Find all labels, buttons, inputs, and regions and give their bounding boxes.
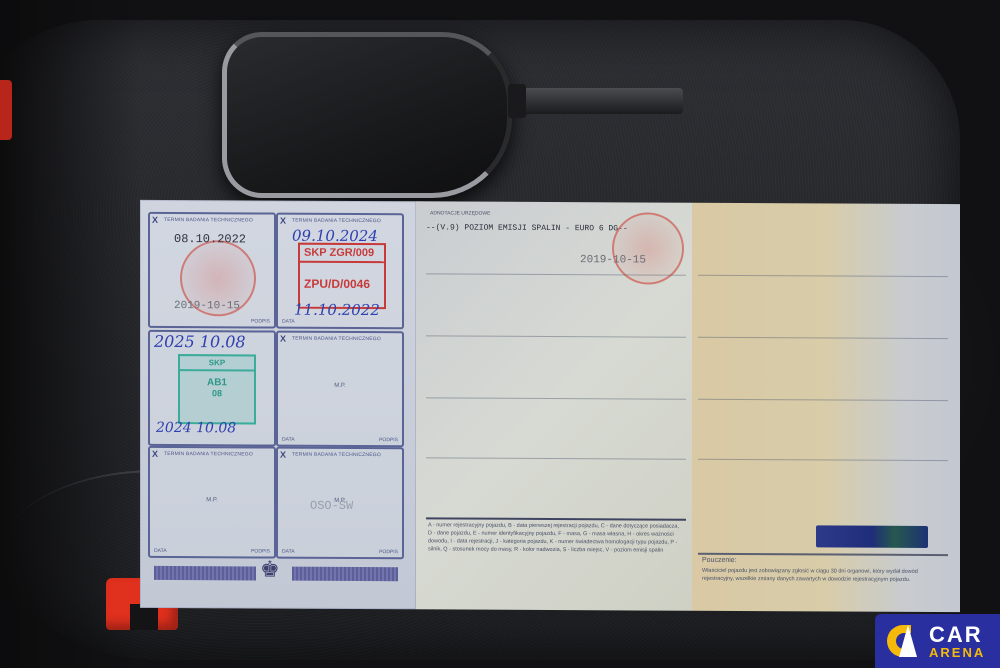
rule-line [426,517,686,520]
seal-date: 2019-10-15 [580,254,646,266]
typed-date: 08.10.2022 [174,232,246,246]
rule-line [426,397,686,399]
stamp-number: 08 [180,388,254,398]
inspection-cell-6: X TERMIN BADANIA TECHNICZNEGO M.P. OSO-S… [276,447,404,560]
signature-label: PODPIS [251,548,270,554]
inspection-cell-1: X TERMIN BADANIA TECHNICZNEGO 08.10.2022… [148,212,276,329]
rule-line [426,335,686,337]
emission-level-line: --(V.9) POZIOM EMISJI SPALIN - EURO 6 DG… [426,223,628,233]
document-page-notice: Pouczenie: Właściciel pojazdu jest zobow… [692,203,960,612]
place-label: M.P. [206,497,218,503]
notice-text: Właściciel pojazdu jest zobowiązany zgło… [702,567,942,584]
stamp-station-code: SKP [180,356,254,371]
registration-document: X TERMIN BADANIA TECHNICZNEGO 08.10.2022… [140,200,960,612]
inspection-stamp: SKP ZGR/009 ZPU/D/0046 [298,243,386,309]
cell-header: TERMIN BADANIA TECHNICZNEGO [292,452,381,458]
handwritten-inspection-date: 2024 10.08 [156,420,236,436]
inspection-cell-5: X TERMIN BADANIA TECHNICZNEGO M.P. DATA … [148,446,276,559]
rule-line [698,553,948,556]
document-page-inspections: X TERMIN BADANIA TECHNICZNEGO 08.10.2022… [140,200,416,609]
security-band-right [292,567,398,582]
place-label: M.P. [334,383,346,389]
x-mark: X [280,216,286,226]
car-key-fob [222,32,512,198]
inspection-cell-3: 2025 10.08 SKP AB1 08 2024 10.08 [148,330,276,447]
polish-eagle-emblem: ♚ [260,556,280,582]
date-label: DATA [282,549,295,555]
handwritten-inspection-date: 11.10.2022 [294,301,380,319]
photo-scene: X TERMIN BADANIA TECHNICZNEGO 08.10.2022… [0,0,1000,668]
seal-date: 2019-10-15 [174,300,240,312]
document-page-annotations: ADNOTACJE URZĘDOWE --(V.9) POZIOM EMISJI… [416,201,692,610]
cell-header: TERMIN BADANIA TECHNICZNEGO [164,451,253,457]
field-code-legend: A - numer rejestracyjny pojazdu, B - dat… [428,521,682,604]
cell-header: TERMIN BADANIA TECHNICZNEGO [292,218,381,224]
logo-text-car: CAR [929,624,985,646]
rule-line [698,459,948,461]
x-mark: X [152,215,158,225]
rule-line [698,275,948,277]
annotations-header: ADNOTACJE URZĘDOWE [430,209,490,217]
date-label: DATA [282,319,295,325]
date-label: DATA [154,548,167,554]
date-label: DATA [282,437,295,443]
shadow [0,0,140,668]
stamp-station-code: SKP ZGR/009 [300,245,384,263]
inspection-cell-2: X TERMIN BADANIA TECHNICZNEGO 09.10.2024… [276,213,404,330]
x-mark: X [280,334,286,344]
signature-label: PODPIS [379,549,398,555]
hologram-strip [816,525,928,548]
car-key-blade [508,88,683,114]
stamp-diagnostician-code: ZPU/D/0046 [300,263,384,291]
inspection-stamp: SKP AB1 08 [178,354,256,424]
rule-line [698,399,948,401]
logo-text-arena: ARENA [929,646,985,659]
car-arena-logo: CAR ARENA [875,614,1000,668]
cell-header: TERMIN BADANIA TECHNICZNEGO [292,336,381,342]
faint-text: OSO-SW [310,499,353,513]
rule-line [698,337,948,339]
cell-header: TERMIN BADANIA TECHNICZNEGO [164,217,253,223]
car-arena-logo-icon [887,625,917,657]
security-band-left [154,566,256,581]
signature-label: PODPIS [251,318,270,324]
x-mark: X [152,449,158,459]
rule-line [426,457,686,459]
red-trim [0,80,12,140]
signature-label: PODPIS [379,437,398,443]
handwritten-date: 2025 10.08 [154,332,246,351]
stamp-code: AB1 [180,371,254,388]
rule-line [426,273,686,275]
x-mark: X [280,450,286,460]
notice-title: Pouczenie: [702,557,737,565]
inspection-cell-4: X TERMIN BADANIA TECHNICZNEGO M.P. DATA … [276,331,404,448]
